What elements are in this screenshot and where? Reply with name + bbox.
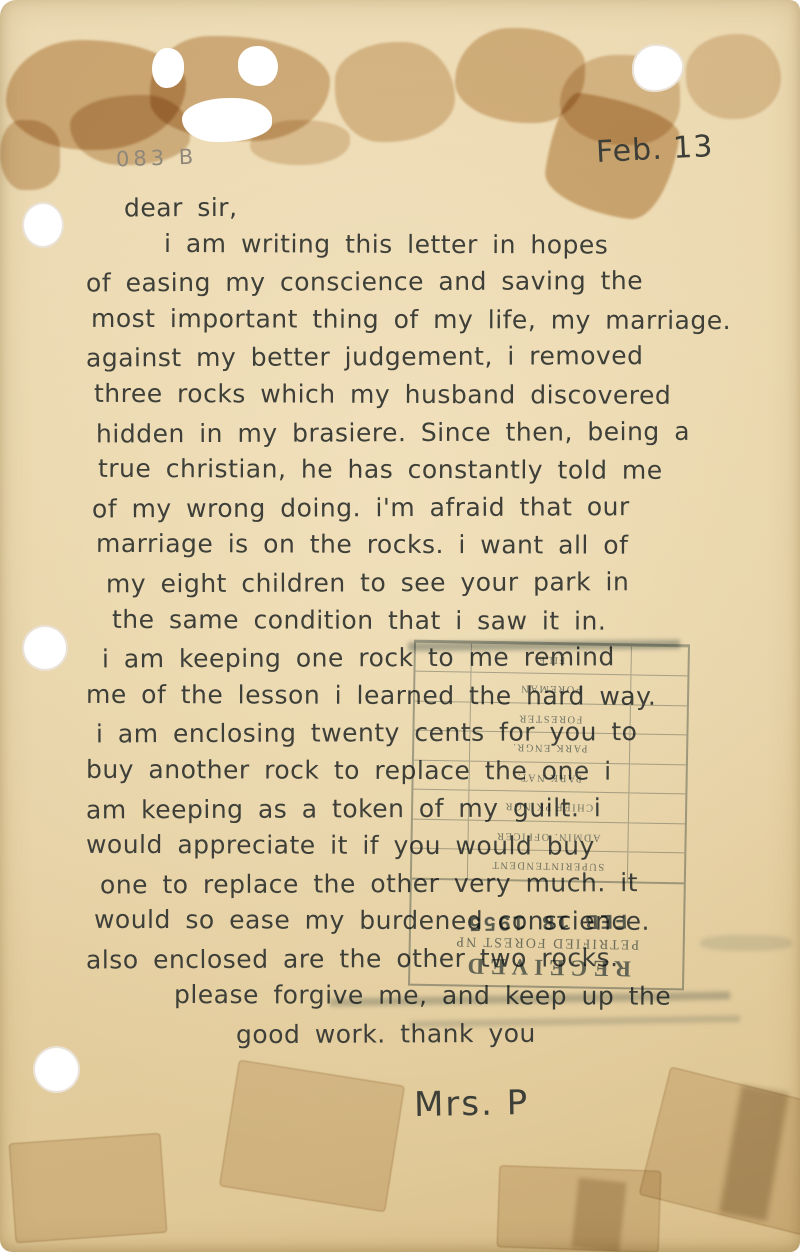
letter-date: Feb. 13 (595, 129, 714, 170)
letter-line: marriage is on the rocks. i want all of (96, 525, 754, 565)
catalog-number: 083 B (116, 145, 198, 172)
routing-row: CHIEF PK NGR (469, 790, 628, 822)
letter-scan: 083 B Feb. 13 dear sir, i am writing thi… (0, 0, 800, 1252)
tape-patch (219, 1060, 405, 1213)
received-stamp: RECEIVED PETRIFIED FOREST NP FEB 18 1955… (408, 640, 690, 991)
torn-hole (152, 48, 184, 88)
tape-patch (9, 1133, 168, 1243)
punch-hole (33, 1046, 80, 1093)
routing-row: PARK ENGR. (470, 731, 629, 763)
stain-patch (686, 34, 781, 119)
stain-patch (0, 120, 60, 190)
letter-line: the same condition that i saw it in. (112, 600, 754, 640)
stamp-routing-grid: SUPERINTENDENT ADMIN. OFFICER CHIEF PK N… (412, 642, 688, 885)
letter-line: of my wrong doing. i'm afraid that our (92, 487, 754, 527)
torn-hole (182, 98, 272, 142)
letter-line: dear sir, (124, 187, 754, 227)
punch-hole (22, 202, 64, 248)
routing-row: PARK NAT. (469, 761, 628, 793)
letter-line: most important thing of my life, my marr… (91, 300, 754, 340)
routing-row: ADMIN. OFFICER (468, 820, 627, 852)
letter-line: against my better judgement, i removed (86, 337, 754, 378)
routing-row: FOREMAN (471, 672, 630, 704)
letter-line: true christian, he has constantly told m… (98, 450, 754, 490)
letter-line: three rocks which my husband discovered (94, 375, 754, 415)
stamp-date: FEB 18 1955 (411, 907, 683, 935)
letter-line: of easing my conscience and saving the (86, 262, 754, 303)
tape-stain (571, 1178, 626, 1252)
punch-hole (22, 625, 68, 671)
routing-row: SUPERINTENDENT (468, 849, 627, 881)
stain-patch (335, 42, 455, 142)
stamp-received-label: RECEIVED (410, 952, 682, 983)
signature: Mrs. P (414, 1083, 530, 1125)
letter-line: i am writing this letter in hopes (164, 225, 754, 265)
stamp-smear (700, 935, 792, 951)
torn-hole (238, 46, 278, 86)
routing-row: FORESTER (470, 702, 629, 734)
letter-line: my eight children to see your park in (106, 563, 754, 603)
stamp-office-line: PETRIFIED FOREST NP (411, 932, 683, 953)
letter-line: hidden in my brasiere. Since then, being… (96, 412, 754, 452)
